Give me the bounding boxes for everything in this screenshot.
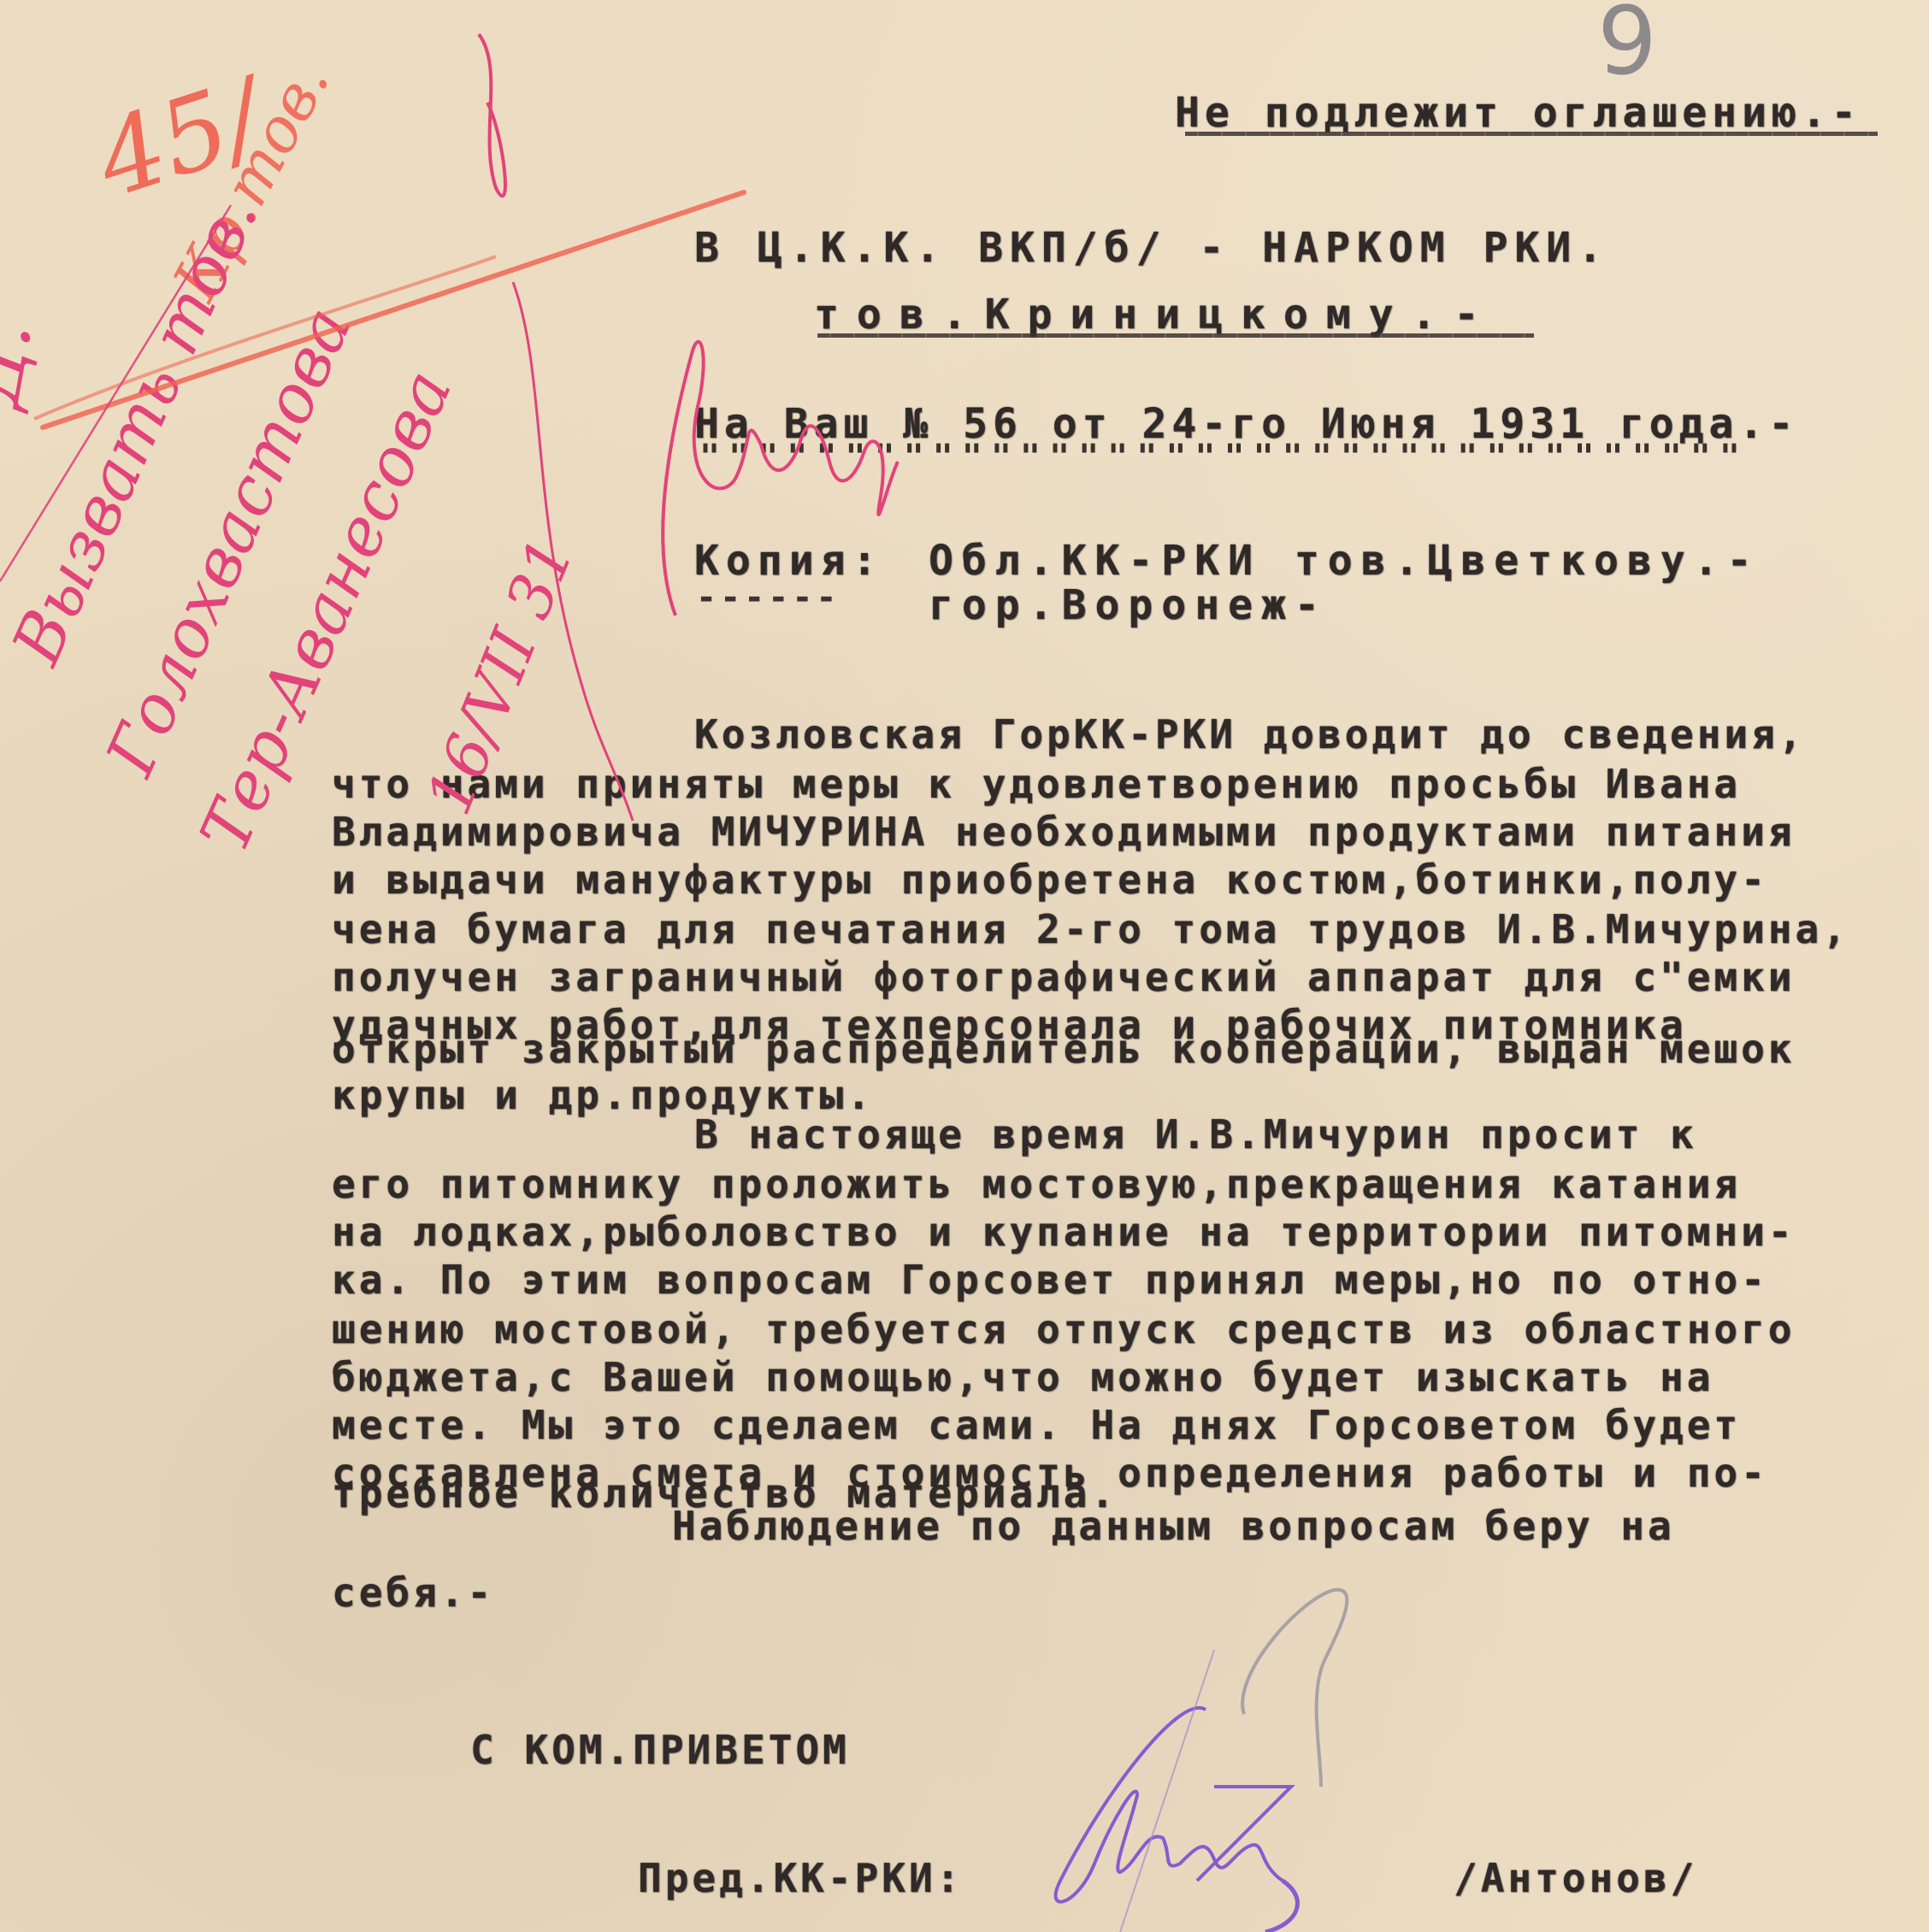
- red-underline-stroke: [34, 256, 496, 419]
- violet-signature-flourish: [1197, 1787, 1291, 1881]
- graphite-loop-stroke: [1242, 1590, 1347, 1787]
- pink-diagonal-stroke: [0, 205, 231, 581]
- pink-loop-stroke: [479, 34, 505, 196]
- pink-descender-stroke: [513, 282, 633, 821]
- violet-signature-tail: [1265, 1881, 1297, 1932]
- document-page: 9 Не подлежит оглашению.- В Ц.К.К. ВКП/б…: [0, 0, 1929, 1932]
- pink-signature-stroke: [663, 342, 898, 616]
- handwriting-strokes: [0, 0, 1929, 1932]
- violet-signature-stroke: [1056, 1708, 1283, 1902]
- red-strikethrough-stroke: [43, 192, 744, 427]
